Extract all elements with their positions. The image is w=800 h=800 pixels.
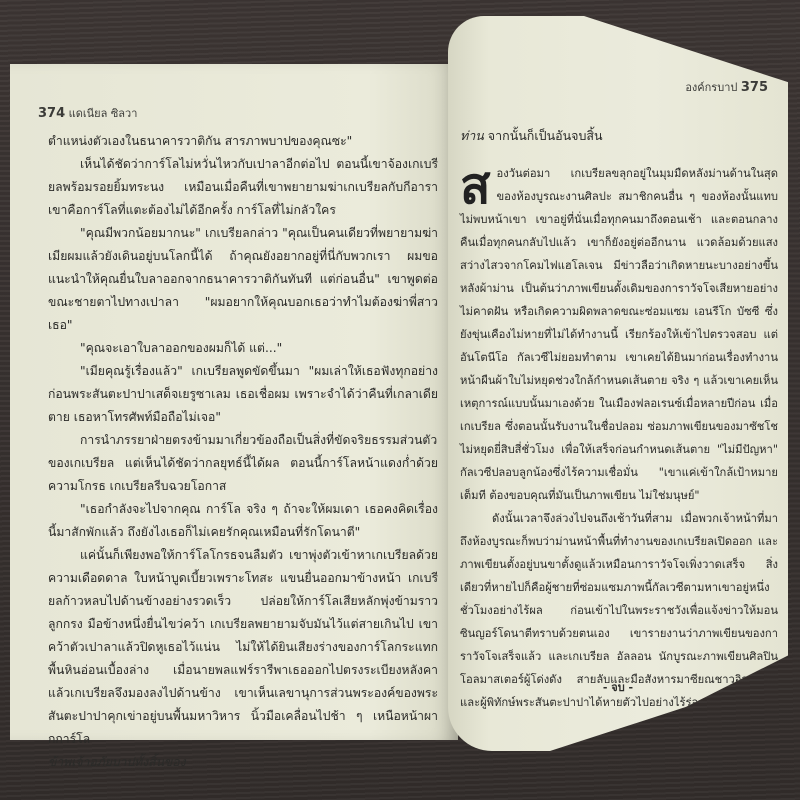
paragraph: เห็นได้ชัดว่าการ์โลไม่หวั่นไหวกับเปาลาอี…: [48, 153, 438, 222]
left-running-head: 374 แดเนียล ซิลวา: [38, 104, 137, 122]
right-running-head: องค์กรบาป 375: [685, 78, 768, 96]
paragraph: การนำภรรยาฝ่ายตรงข้ามมาเกี่ยวข้องถือเป็น…: [48, 429, 438, 498]
paragraph-with-drop-cap: ส องวันต่อมา เกเบรียลขลุกอยู่ในมุมมืดหลั…: [460, 162, 778, 507]
left-running-head-author: แดเนียล ซิลวา: [69, 107, 138, 120]
paragraph: แค่นั้นก็เพียงพอให้การ์โลโกรธจนลืมตัว เข…: [48, 544, 438, 751]
paragraph: "เมียคุณรู้เรื่องแล้ว" เกเบรียลพูดขัดขึ้…: [48, 360, 438, 429]
paragraph: ตำแหน่งตัวเองในธนาคารวาติกัน สารภาพบาปขอ…: [48, 130, 438, 153]
right-book-page: องค์กรบาป 375 ท่าน จากนั้นก็เป็นอันจบสิ้…: [448, 16, 788, 751]
paragraph-italic-tail: ข้าพเจ้าอภัยบาปทั้งสิ้นของ: [48, 751, 438, 774]
right-running-head-title: องค์กรบาป: [685, 81, 737, 94]
drop-cap: ส: [460, 164, 491, 208]
continued-text: จากนั้นก็เป็นอันจบสิ้น: [488, 128, 603, 143]
paragraph-text: องวันต่อมา เกเบรียลขลุกอยู่ในมุมมืดหลังม…: [460, 167, 778, 502]
left-page-number: 374: [38, 106, 65, 121]
paragraph: "คุณจะเอาใบลาออกของผมก็ได้ แต่...": [48, 337, 438, 360]
right-page-number: 375: [741, 80, 768, 95]
paragraph: "เธอกำลังจะไปจากคุณ การ์โล จริง ๆ ถ้าจะใ…: [48, 498, 438, 544]
left-page-body: ตำแหน่งตัวเองในธนาคารวาติกัน สารภาพบาปขอ…: [48, 130, 438, 774]
right-page-body: ส องวันต่อมา เกเบรียลขลุกอยู่ในมุมมืดหลั…: [460, 162, 778, 714]
continued-italic: ท่าน: [460, 128, 484, 143]
continued-line: ท่าน จากนั้นก็เป็นอันจบสิ้น: [460, 126, 603, 146]
paragraph: "คุณมีพวกน้อยมากนะ" เกเบรียลกล่าว "คุณเป…: [48, 222, 438, 337]
